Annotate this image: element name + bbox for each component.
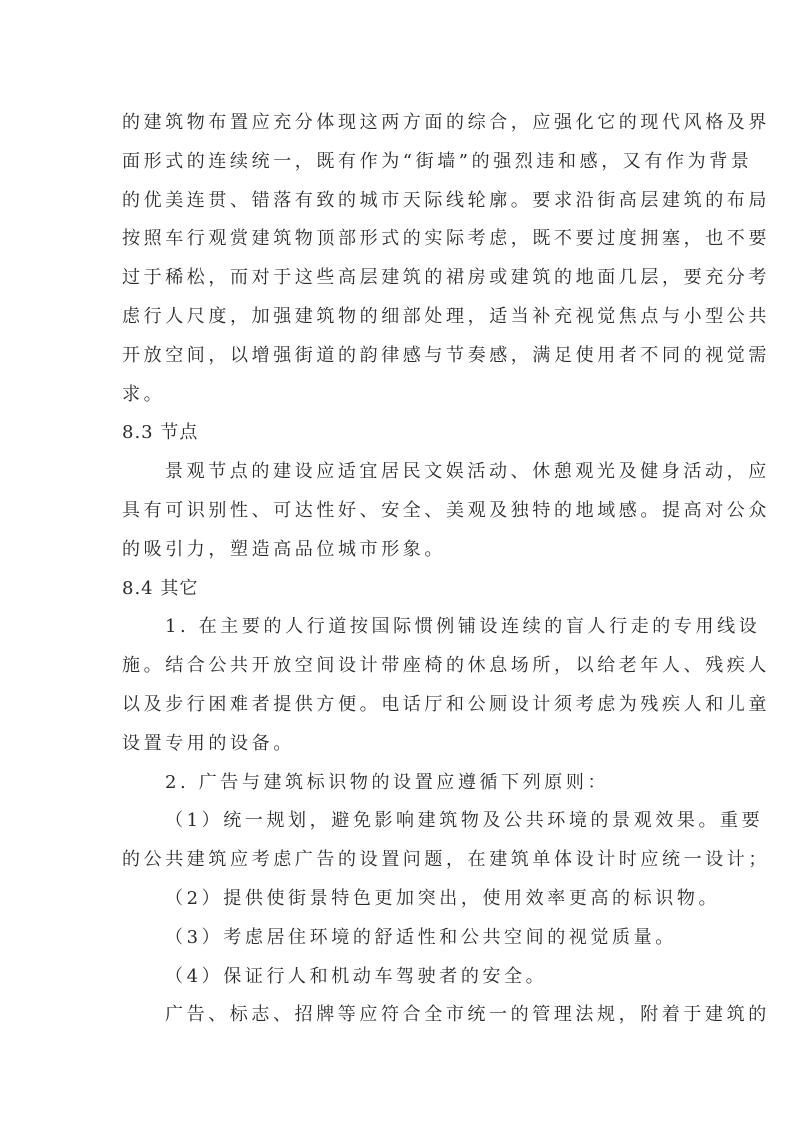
item1-line: 设置专用的设备。 xyxy=(122,725,674,764)
section-8-3-line: 具有可识别性、可达性好、安全、美观及独特的地域感。提高对公众 xyxy=(122,492,674,531)
paragraph-line: 按照车行观赏建筑物顶部形式的实际考虑，既不要过度拥塞，也不要 xyxy=(122,220,674,259)
paragraph-line: 求。 xyxy=(122,376,674,415)
closing-line: 广告、标志、招牌等应符合全市统一的管理法规，附着于建筑的 xyxy=(122,996,674,1035)
section-heading-8-3: 8.3 节点 xyxy=(122,414,674,453)
paragraph-line: 过于稀松，而对于这些高层建筑的裙房或建筑的地面几层，要充分考 xyxy=(122,259,674,298)
principle-line: （2）提供使街景特色更加突出，使用效率更高的标识物。 xyxy=(122,880,674,919)
principle-line: 的公共建筑应考虑广告的设置问题，在建筑单体设计时应统一设计； xyxy=(122,841,674,880)
document-page: 的建筑物布置应充分体现这两方面的综合，应强化它的现代风格及界 面形式的连续统一，… xyxy=(122,104,674,1035)
principle-line: （1）统一规划，避免影响建筑物及公共环境的景观效果。重要 xyxy=(122,802,674,841)
principle-line: （3）考虑居住环境的舒适性和公共空间的视觉质量。 xyxy=(122,919,674,958)
section-8-3-line: 景观节点的建设应适宜居民文娱活动、休憩观光及健身活动，应 xyxy=(122,453,674,492)
item1-line: 1. 在主要的人行道按国际惯例铺设连续的盲人行走的专用线设 xyxy=(122,608,674,647)
principle-line: （4）保证行人和机动车驾驶者的安全。 xyxy=(122,958,674,997)
item2-heading: 2. 广告与建筑标识物的设置应遵循下列原则： xyxy=(122,764,674,803)
section-8-3-line: 的吸引力，塑造高品位城市形象。 xyxy=(122,531,674,570)
paragraph-line: 虑行人尺度，加强建筑物的细部处理，适当补充视觉焦点与小型公共 xyxy=(122,298,674,337)
item1-line: 以及步行困难者提供方便。电话厅和公厕设计须考虑为残疾人和儿童 xyxy=(122,686,674,725)
paragraph-line: 的优美连贯、错落有致的城市天际线轮廓。要求沿街高层建筑的布局 xyxy=(122,182,674,221)
paragraph-line: 开放空间，以增强街道的韵律感与节奏感，满足使用者不同的视觉需 xyxy=(122,337,674,376)
item1-line: 施。结合公共开放空间设计带座椅的休息场所，以给老年人、残疾人 xyxy=(122,647,674,686)
paragraph-line: 的建筑物布置应充分体现这两方面的综合，应强化它的现代风格及界 xyxy=(122,104,674,143)
section-heading-8-4: 8.4 其它 xyxy=(122,570,674,609)
paragraph-line: 面形式的连续统一，既有作为“街墙”的强烈违和感，又有作为背景 xyxy=(122,143,674,182)
